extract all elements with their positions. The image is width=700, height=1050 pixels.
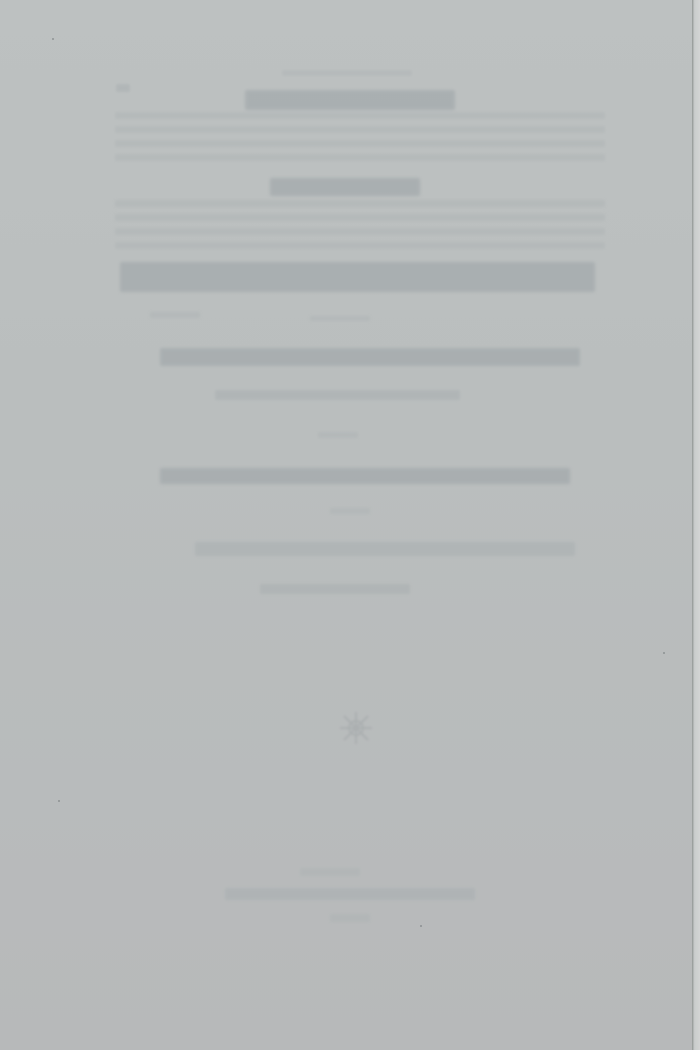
ghost-text-line [260,584,410,594]
ghost-text-line [115,154,605,161]
ghost-text-line [318,432,358,438]
ghost-text-line [215,390,460,400]
ghost-text-line [225,888,475,900]
ghost-text-line [310,316,370,321]
ghost-text-line [115,242,605,249]
ghost-text-line [115,200,605,207]
ornament-icon [336,708,376,748]
ghost-text-line [330,914,370,922]
dust-speck [58,800,60,802]
ghost-text-line [245,90,455,110]
ghost-text-line [115,126,605,133]
ghost-text-line [330,508,370,514]
ghost-text-line [300,868,360,876]
ghost-text-line [116,84,130,92]
dust-speck [663,652,665,654]
ghost-text-line [115,214,605,221]
ghost-text-line [270,178,420,196]
ghost-text-line [282,70,412,76]
ghost-text-line [195,542,575,556]
ghost-text-line [150,312,200,318]
ghost-text-line [115,140,605,147]
ghost-text-line [160,468,570,484]
dust-speck [52,38,54,40]
page-edge [692,0,700,1050]
ghost-text-line [160,348,580,366]
dust-speck [420,925,422,927]
ghost-text-line [115,228,605,235]
document-page [0,0,692,1050]
ghost-text-line [120,262,595,292]
ghost-text-line [115,112,605,119]
